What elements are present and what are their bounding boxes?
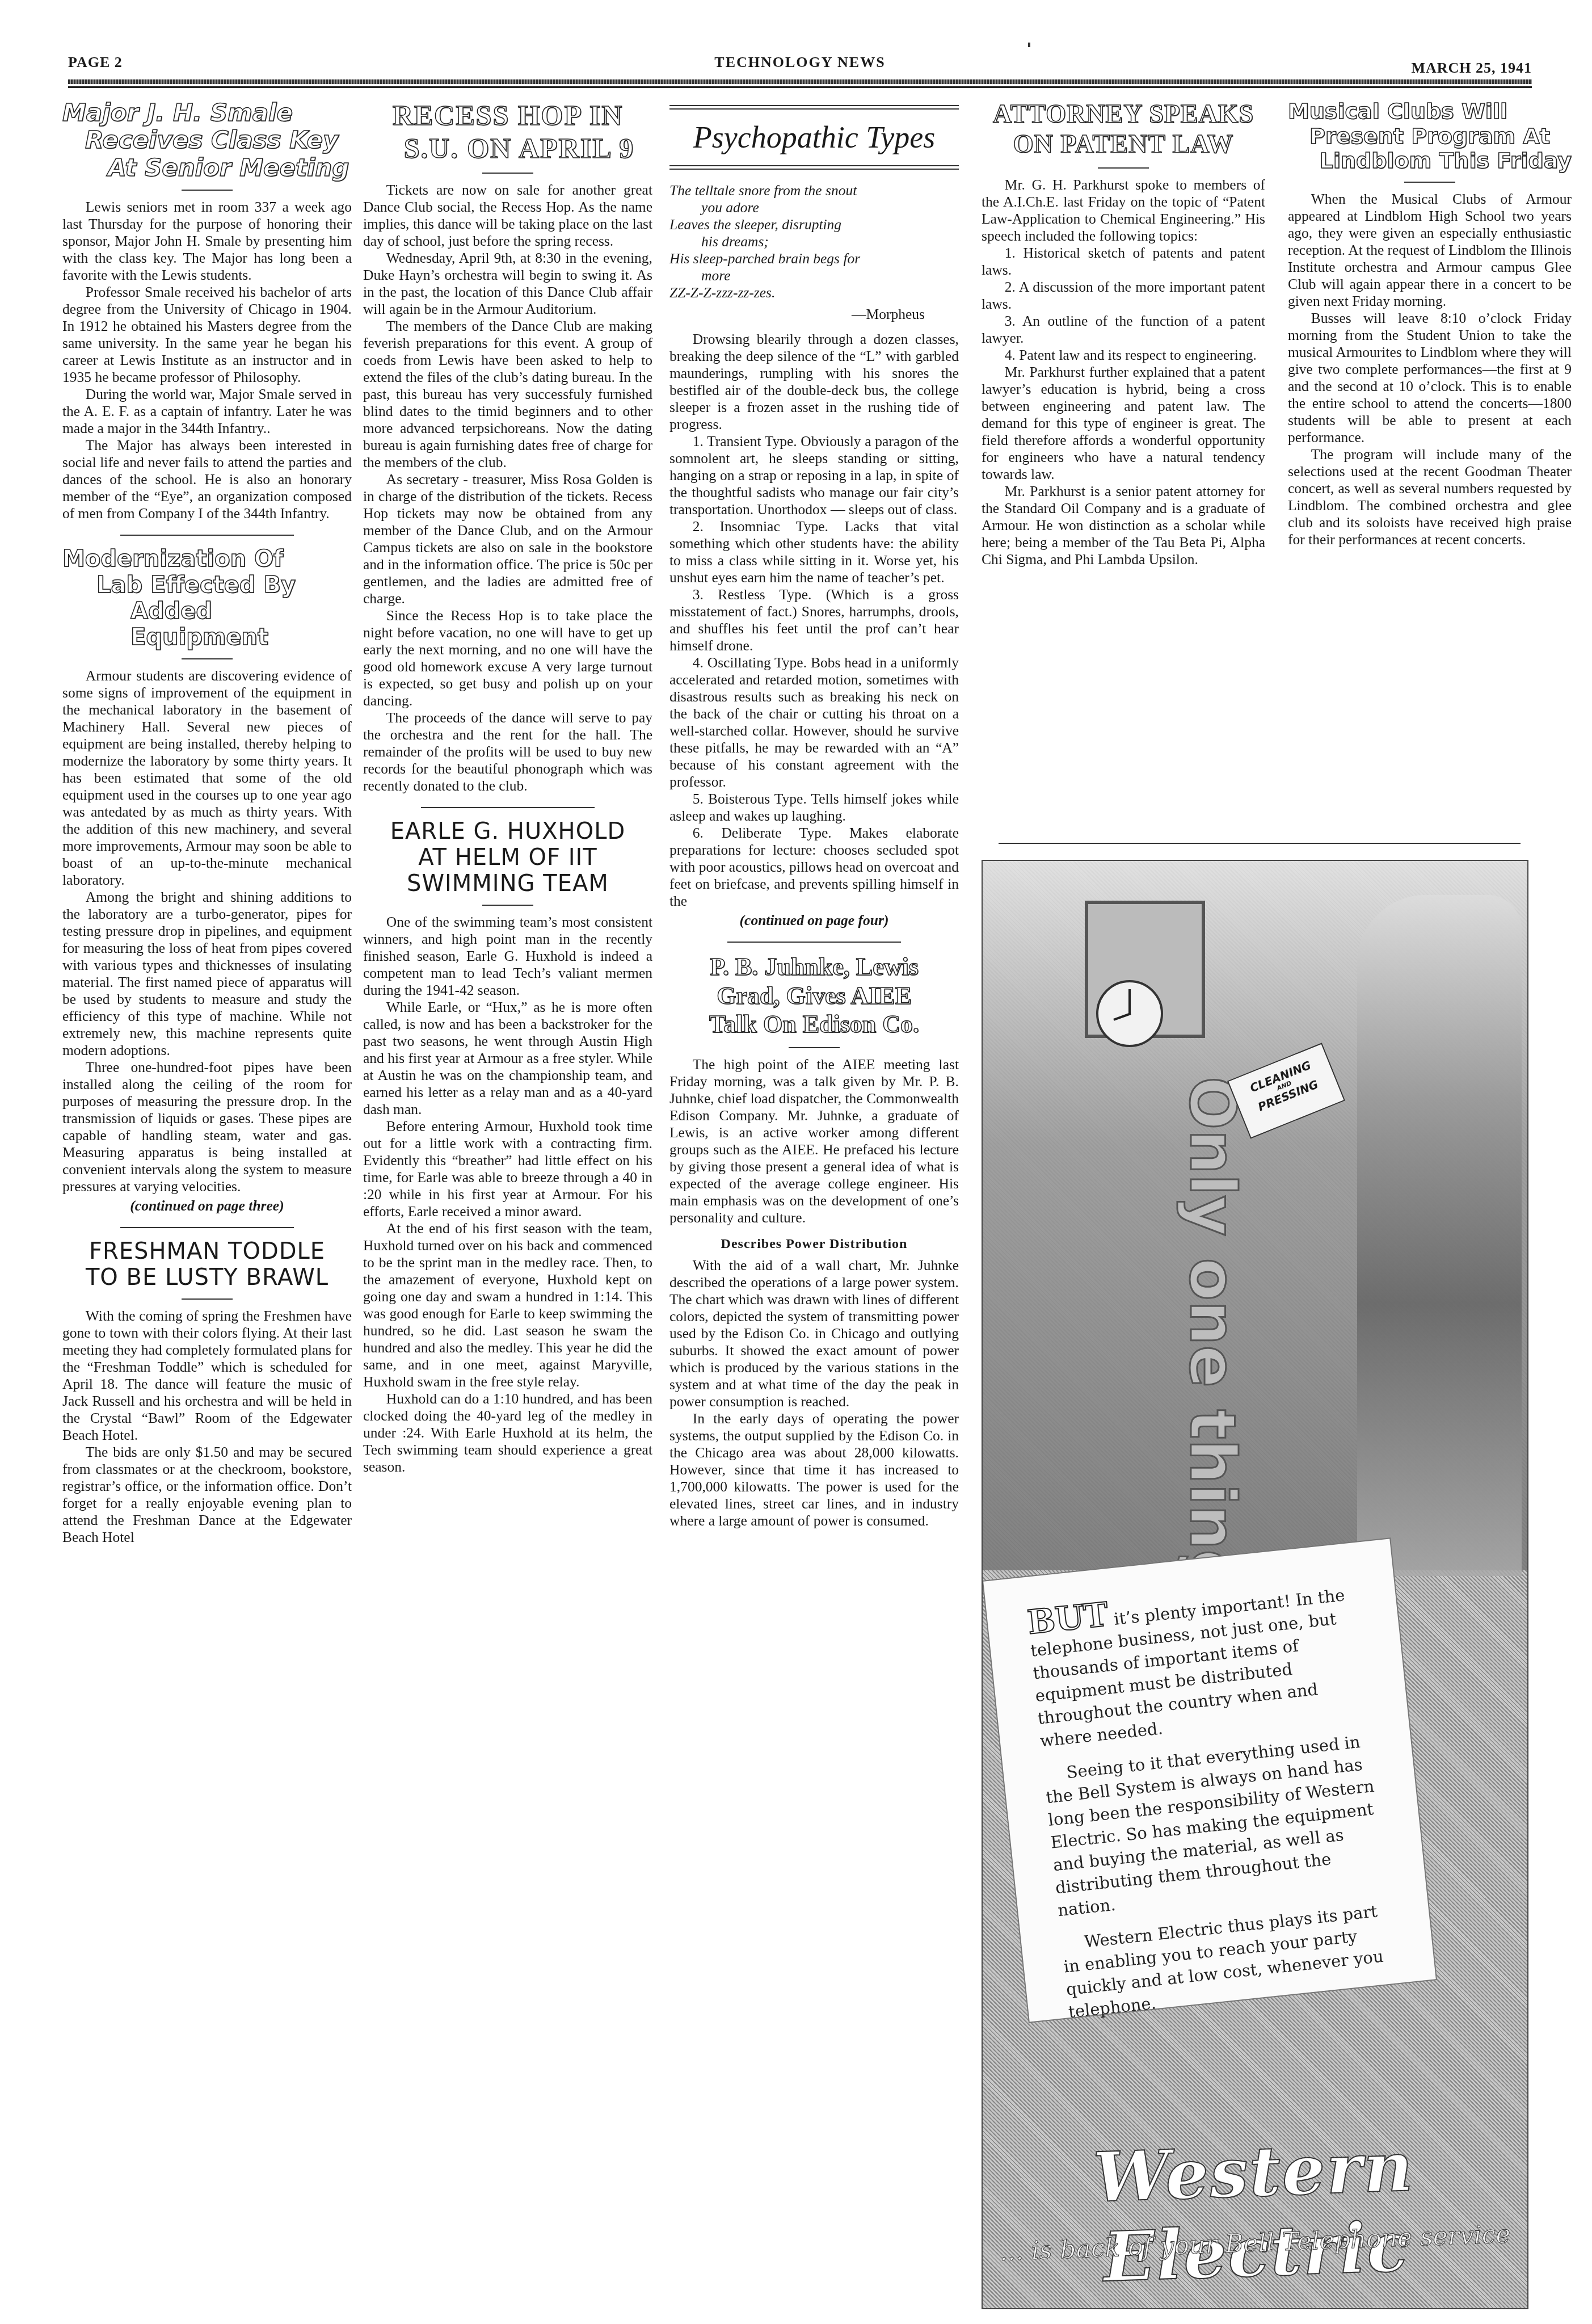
headline-modernization: Modernization Of Lab Effected By Added E…	[62, 546, 352, 650]
headline-freshman: FRESHMAN TODDLE TO BE LUSTY BRAWL	[62, 1238, 352, 1291]
headline-line: Receives Class Key	[62, 127, 352, 154]
headline-line: Major J. H. Smale	[62, 99, 352, 127]
paragraph: 4. Oscillating Type. Bobs head in a unif…	[669, 654, 959, 791]
clock-hand	[1113, 1012, 1131, 1021]
headline-line: Grad, Gives AIEE	[669, 982, 959, 1011]
article-separator	[120, 1227, 294, 1228]
paragraph: 1. Transient Type. Obviously a paragon o…	[669, 433, 959, 518]
ad-brand-logo: Western Electric	[991, 2123, 1518, 2301]
headline-line: At Senior Meeting	[62, 154, 352, 182]
ad-slogan: Only one thing missing!	[1176, 1077, 1249, 1315]
print-speck	[1028, 43, 1030, 47]
ad-copy-card: BUT it’s plenty important! In the teleph…	[983, 1539, 1436, 2022]
article-separator	[120, 535, 294, 536]
headline-line: Talk On Edison Co.	[669, 1010, 959, 1039]
paragraph: The program will include many of the sel…	[1288, 446, 1572, 548]
headline-line: Lindblom This Friday	[1288, 149, 1572, 174]
divider	[182, 658, 233, 659]
paragraph: Professor Smale received his bachelor of…	[62, 284, 352, 386]
masthead-rule	[68, 79, 1532, 84]
topic-item: 3. An outline of the function of a paten…	[982, 313, 1265, 347]
headline-line: Lab Effected By	[62, 572, 352, 598]
headline-recess-hop: RECESS HOP IN S.U. ON APRIL 9	[363, 99, 652, 165]
paragraph: As secretary - treasurer, Miss Rosa Gold…	[363, 471, 652, 607]
divider	[1098, 167, 1149, 169]
subheading: Describes Power Distribution	[669, 1235, 959, 1253]
headline-line: EARLE G. HUXHOLD	[363, 818, 652, 844]
paragraph: 5. Boisterous Type. Tells himself jokes …	[669, 791, 959, 825]
poem-line: The telltale snore from the snout	[669, 182, 959, 199]
article-juhnke: P. B. Juhnke, Lewis Grad, Gives AIEE Tal…	[669, 953, 959, 1529]
poem: The telltale snore from the snout you ad…	[669, 182, 959, 301]
paragraph: When the Musical Clubs of Armour appeare…	[1288, 191, 1572, 310]
headline-line: Present Program At	[1288, 124, 1572, 149]
divider	[482, 905, 533, 906]
divider	[482, 173, 533, 174]
masthead-rule-thin	[68, 86, 1532, 88]
article-modernization: Modernization Of Lab Effected By Added E…	[62, 546, 352, 1214]
poem-line: Leaves the sleeper, disrupting	[669, 216, 959, 233]
divider	[789, 1047, 840, 1048]
headline-line: SWIMMING TEAM	[363, 871, 652, 897]
paragraph: With the coming of spring the Freshmen h…	[62, 1308, 352, 1444]
headline-musical-clubs: Musical Clubs Will Present Program At Li…	[1288, 99, 1572, 174]
paragraph: Huxhold can do a 1:10 hundred, and has b…	[363, 1390, 652, 1476]
paragraph: Drowsing blearily through a dozen classe…	[669, 331, 959, 433]
paragraph: At the end of his first season with the …	[363, 1220, 652, 1390]
man-illustration	[1357, 895, 1522, 1576]
paragraph: Tickets are now on sale for another grea…	[363, 182, 652, 250]
topic-item: 1. Historical sketch of patents and pate…	[982, 245, 1265, 279]
poem-line: his dreams;	[669, 233, 959, 250]
article-separator	[727, 942, 901, 943]
paragraph: The proceeds of the dance will serve to …	[363, 709, 652, 795]
divider	[1404, 182, 1455, 183]
clock-icon	[1096, 980, 1163, 1047]
ad-paragraph: BUT it’s plenty important! In the teleph…	[1026, 1577, 1368, 1752]
paragraph: Wednesday, April 9th, at 8:30 in the eve…	[363, 250, 652, 318]
poem-line: more	[669, 267, 959, 284]
article-separator	[421, 807, 595, 808]
article-attorney: ATTORNEY SPEAKS ON PATENT LAW Mr. G. H. …	[982, 99, 1265, 568]
article-huxhold: EARLE G. HUXHOLD AT HELM OF IIT SWIMMING…	[363, 818, 652, 1476]
column-5: Musical Clubs Will Present Program At Li…	[1288, 94, 1572, 548]
paragraph: 2. Insomniac Type. Lacks that vital some…	[669, 518, 959, 586]
topic-item: 4. Patent law and its respect to enginee…	[982, 347, 1265, 364]
poem-line: His sleep-parched brain begs for	[669, 250, 959, 267]
paragraph: The bids are only $1.50 and may be secur…	[62, 1444, 352, 1546]
headline-attorney: ATTORNEY SPEAKS ON PATENT LAW	[982, 99, 1265, 159]
paragraph: Mr. Parkhurst is a senior patent attorne…	[982, 483, 1265, 568]
divider	[182, 1298, 233, 1300]
column-1: Major J. H. Smale Receives Class Key At …	[62, 94, 352, 1546]
ad-top-rule	[999, 843, 1521, 844]
headline-huxhold: EARLE G. HUXHOLD AT HELM OF IIT SWIMMING…	[363, 818, 652, 897]
headline-line: Musical Clubs Will	[1288, 99, 1572, 124]
paragraph: The members of the Dance Club are making…	[363, 318, 652, 471]
paragraph: Busses will leave 8:10 o’clock Friday mo…	[1288, 310, 1572, 446]
poem-signature: —Morpheus	[669, 306, 959, 323]
headline-psychopathic: Psychopathic Types	[669, 120, 959, 155]
poem-line: you adore	[669, 199, 959, 216]
headline-juhnke: P. B. Juhnke, Lewis Grad, Gives AIEE Tal…	[669, 953, 959, 1039]
paragraph: Since the Recess Hop is to take place th…	[363, 607, 652, 709]
double-rule	[669, 105, 959, 110]
topic-item: 2. A discussion of the more important pa…	[982, 279, 1265, 313]
paragraph: The high point of the AIEE meeting last …	[669, 1056, 959, 1226]
double-rule	[669, 165, 959, 170]
divider	[182, 190, 233, 191]
headline-line: FRESHMAN TODDLE	[62, 1238, 352, 1264]
headline-line: Modernization Of	[62, 546, 352, 572]
headline-line: P. B. Juhnke, Lewis	[669, 953, 959, 982]
headline-line: TO BE LUSTY BRAWL	[62, 1264, 352, 1291]
paragraph: Among the bright and shining additions t…	[62, 889, 352, 1059]
clock-hand	[1128, 989, 1131, 1014]
article-musical-clubs: Musical Clubs Will Present Program At Li…	[1288, 99, 1572, 548]
paragraph: Before entering Armour, Huxhold took tim…	[363, 1118, 652, 1220]
headline-line: Added Equipment	[62, 598, 352, 650]
paragraph: In the early days of operating the power…	[669, 1410, 959, 1529]
column-2: RECESS HOP IN S.U. ON APRIL 9 Tickets ar…	[363, 94, 652, 1476]
paragraph: Mr. G. H. Parkhurst spoke to members of …	[982, 176, 1265, 245]
paragraph: Three one-hundred-foot pipes have been i…	[62, 1059, 352, 1195]
ad-paragraph: Western Electric thus plays its part in …	[1060, 1898, 1397, 2023]
poem-line: ZZ-Z-Z-zzz-zz-zes.	[669, 284, 959, 301]
paragraph: 3. Restless Type. (Which is a gross miss…	[669, 586, 959, 654]
headline-line: S.U. ON APRIL 9	[363, 132, 652, 165]
newspaper-title: TECHNOLOGY NEWS	[68, 54, 1532, 71]
headline-line: ON PATENT LAW	[982, 129, 1265, 159]
continued-note: (continued on page three)	[62, 1197, 352, 1214]
issue-date: MARCH 25, 1941	[1411, 60, 1532, 77]
article-psychopathic: Psychopathic Types The telltale snore fr…	[669, 105, 959, 929]
paragraph: During the world war, Major Smale served…	[62, 386, 352, 437]
paragraph: With the aid of a wall chart, Mr. Juhnke…	[669, 1257, 959, 1410]
article-freshman: FRESHMAN TODDLE TO BE LUSTY BRAWL With t…	[62, 1238, 352, 1546]
continued-note: (continued on page four)	[669, 912, 959, 929]
headline-line: ATTORNEY SPEAKS	[982, 99, 1265, 129]
paragraph: While Earle, or “Hux,” as he is more oft…	[363, 999, 652, 1118]
headline-line: RECESS HOP IN	[363, 99, 652, 132]
paragraph: The Major has always been interested in …	[62, 437, 352, 522]
headline-smale: Major J. H. Smale Receives Class Key At …	[62, 99, 352, 182]
headline-line: AT HELM OF IIT	[363, 844, 652, 871]
column-3: Psychopathic Types The telltale snore fr…	[669, 94, 959, 1529]
article-recess-hop: RECESS HOP IN S.U. ON APRIL 9 Tickets ar…	[363, 99, 652, 795]
paragraph: Mr. Parkhurst further explained that a p…	[982, 364, 1265, 483]
ad-paragraph: Seeing to it that everything used in the…	[1042, 1729, 1386, 1922]
paragraph: One of the swimming team’s most consiste…	[363, 914, 652, 999]
western-electric-advertisement: Only one thing missing! CLEANING AND PRE…	[982, 860, 1528, 2309]
column-4: ATTORNEY SPEAKS ON PATENT LAW Mr. G. H. …	[982, 94, 1265, 568]
paragraph: Armour students are discovering evidence…	[62, 667, 352, 889]
article-smale: Major J. H. Smale Receives Class Key At …	[62, 99, 352, 522]
paragraph: 6. Deliberate Type. Makes elaborate prep…	[669, 825, 959, 910]
paragraph: Lewis seniors met in room 337 a week ago…	[62, 199, 352, 284]
